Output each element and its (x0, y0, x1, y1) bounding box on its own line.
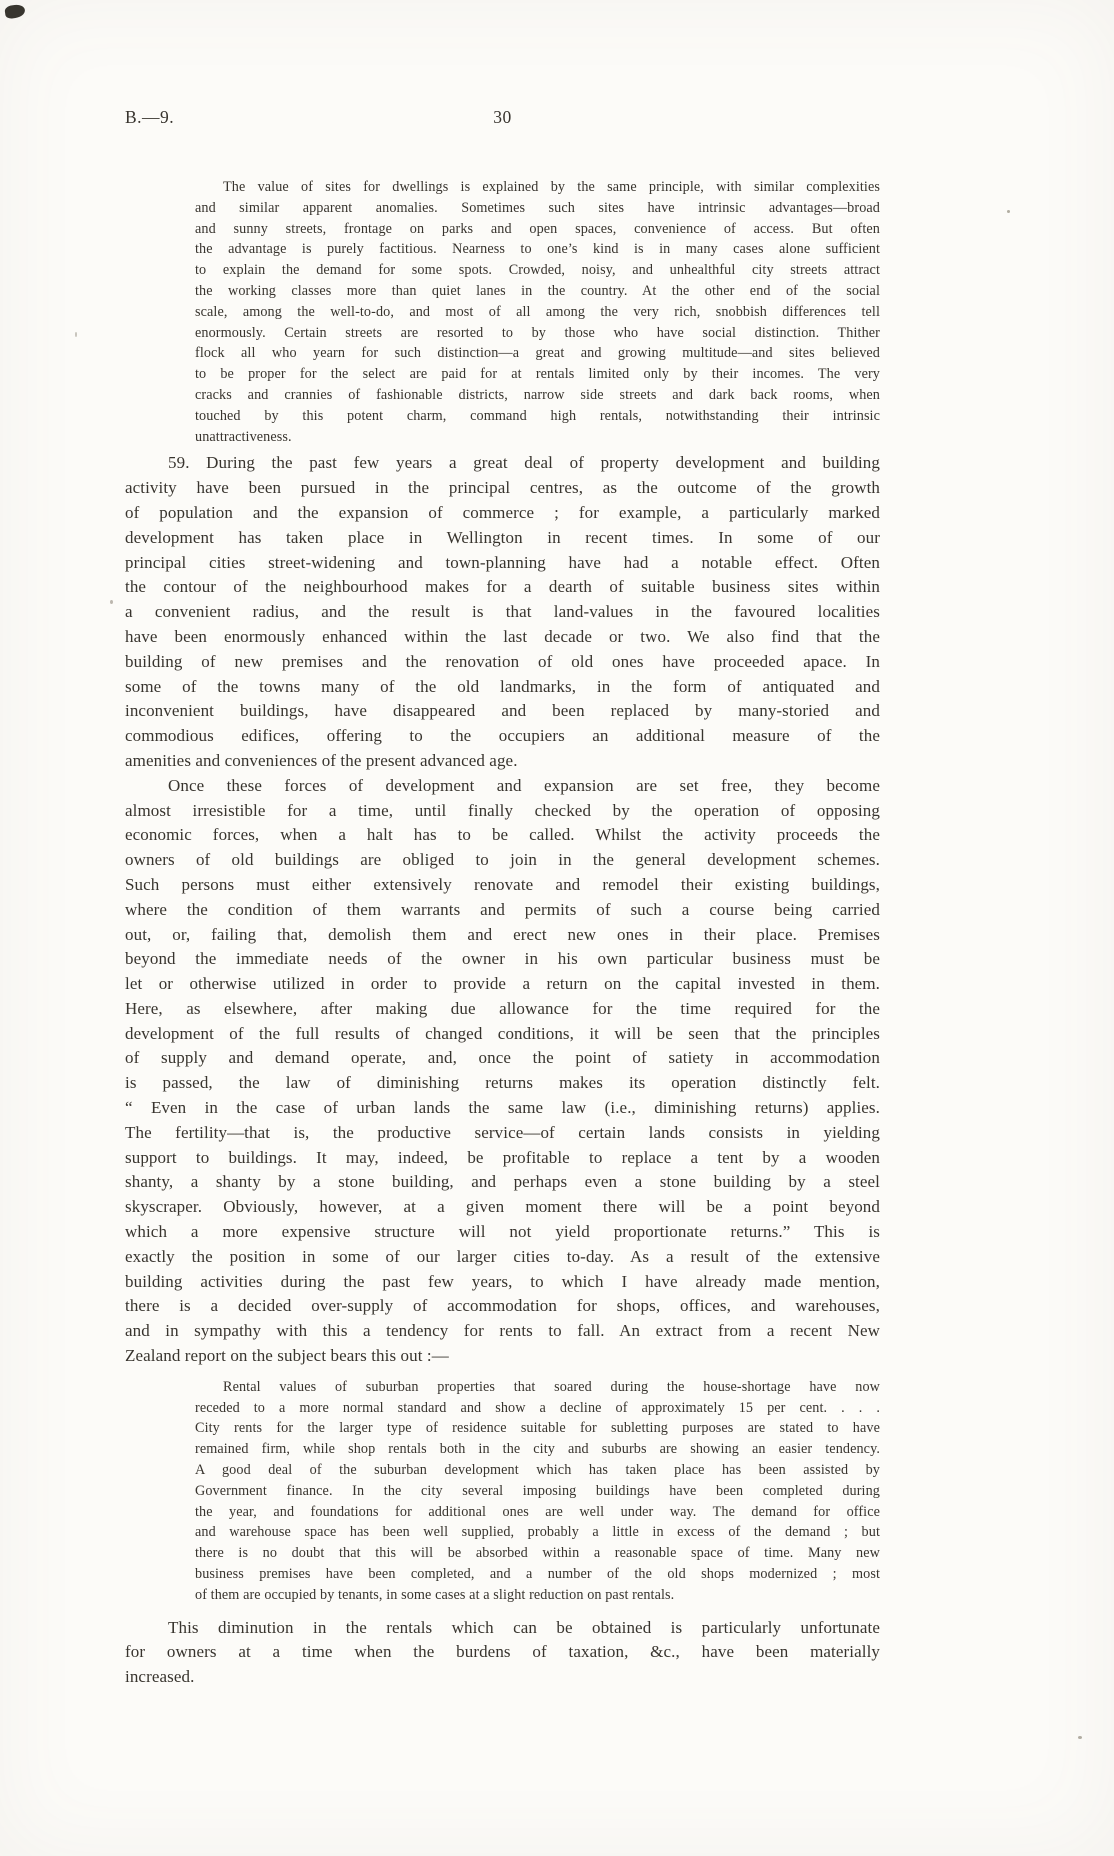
scan-speck (110, 600, 113, 604)
text-line: Such persons must either extensively ren… (125, 873, 880, 898)
report-code: B.—9. (125, 106, 174, 128)
text-line: development has taken place in Wellingto… (125, 526, 880, 551)
text-line: to be proper for the select are paid for… (195, 364, 880, 385)
text-line: A good deal of the suburban development … (195, 1460, 880, 1481)
text-line: have been enormously enhanced within the… (125, 625, 880, 650)
text-line: unattractiveness. (195, 427, 880, 448)
scan-speck (1007, 210, 1010, 213)
text-line: of them are occupied by tenants, in some… (195, 1585, 880, 1606)
text-line: development of the full results of chang… (125, 1022, 880, 1047)
scan-speck (75, 332, 77, 337)
text-line: of supply and demand operate, and, once … (125, 1046, 880, 1071)
text-line: there is no doubt that this will be abso… (195, 1543, 880, 1564)
text-line: which a more expensive structure will no… (125, 1220, 880, 1245)
text-line: This diminution in the rentals which can… (125, 1616, 880, 1641)
document-body: The value of sites for dwellings is expl… (125, 177, 880, 1690)
text-line: is passed, the law of diminishing return… (125, 1071, 880, 1096)
body-paragraph: Once these forces of development and exp… (125, 774, 880, 1369)
text-line: for owners at a time when the burdens of… (125, 1640, 880, 1665)
text-line: cracks and crannies of fashionable distr… (195, 385, 880, 406)
text-line: exactly the position in some of our larg… (125, 1245, 880, 1270)
text-line: let or otherwise utilized in order to pr… (125, 972, 880, 997)
text-line: building of new premises and the renovat… (125, 650, 880, 675)
text-line: skyscraper. Obviously, however, at a giv… (125, 1195, 880, 1220)
text-line: The value of sites for dwellings is expl… (195, 177, 880, 198)
text-line: scale, among the well-to-do, and most of… (195, 302, 880, 323)
text-line: remained firm, while shop rentals both i… (195, 1439, 880, 1460)
text-line: beyond the immediate needs of the owner … (125, 947, 880, 972)
text-line: activity have been pursued in the princi… (125, 476, 880, 501)
text-line: principal cities street-widening and tow… (125, 551, 880, 576)
text-line: and sunny streets, frontage on parks and… (195, 219, 880, 240)
text-line: The fertility—that is, the productive se… (125, 1121, 880, 1146)
text-line: out, or, failing that, demolish them and… (125, 923, 880, 948)
page-number: 30 (125, 106, 880, 128)
scan-artifact-corner-mark (4, 4, 26, 20)
text-line: economic forces, when a halt has to be c… (125, 823, 880, 848)
text-line: the advantage is purely factitious. Near… (195, 239, 880, 260)
text-line: a convenient radius, and the result is t… (125, 600, 880, 625)
text-line: owners of old buildings are obliged to j… (125, 848, 880, 873)
text-line: there is a decided over-supply of accomm… (125, 1294, 880, 1319)
text-line: amenities and conveniences of the presen… (125, 749, 880, 774)
text-line: enormously. Certain streets are resorted… (195, 323, 880, 344)
text-line: to explain the demand for some spots. Cr… (195, 260, 880, 281)
text-line: Here, as elsewhere, after making due all… (125, 997, 880, 1022)
text-line: increased. (125, 1665, 880, 1690)
text-line: business premises have been completed, a… (195, 1564, 880, 1585)
text-line: some of the towns many of the old landma… (125, 675, 880, 700)
scan-speck (1078, 1736, 1082, 1739)
text-line: and similar apparent anomalies. Sometime… (195, 198, 880, 219)
text-line: the contour of the neighbourhood makes f… (125, 575, 880, 600)
text-line: Zealand report on the subject bears this… (125, 1344, 880, 1369)
text-line: building activities during the past few … (125, 1270, 880, 1295)
text-line: 59. During the past few years a great de… (125, 451, 880, 476)
scanned-report-page: B.—9. 30 The value of sites for dwelling… (0, 0, 1114, 1856)
text-line: shanty, a shanty by a stone building, an… (125, 1170, 880, 1195)
extract-block: Rental values of suburban properties tha… (195, 1377, 880, 1606)
text-line: inconvenient buildings, have disappeared… (125, 699, 880, 724)
text-line: Government finance. In the city several … (195, 1481, 880, 1502)
text-line: receded to a more normal standard and sh… (195, 1398, 880, 1419)
text-line: Once these forces of development and exp… (125, 774, 880, 799)
text-line: the year, and foundations for additional… (195, 1502, 880, 1523)
text-line: commodious edifices, offering to the occ… (125, 724, 880, 749)
text-line: and warehouse space has been well suppli… (195, 1522, 880, 1543)
text-line: flock all who yearn for such distinction… (195, 343, 880, 364)
text-line: Rental values of suburban properties tha… (195, 1377, 880, 1398)
extract-block: The value of sites for dwellings is expl… (195, 177, 880, 447)
text-line: where the condition of them warrants and… (125, 898, 880, 923)
text-line: City rents for the larger type of reside… (195, 1418, 880, 1439)
body-paragraph: 59. During the past few years a great de… (125, 451, 880, 773)
text-line: the working classes more than quiet lane… (195, 281, 880, 302)
page-header: B.—9. 30 (125, 106, 880, 128)
body-paragraph: This diminution in the rentals which can… (125, 1616, 880, 1690)
text-line: almost irresistible for a time, until fi… (125, 799, 880, 824)
text-line: touched by this potent charm, command hi… (195, 406, 880, 427)
text-line: support to buildings. It may, indeed, be… (125, 1146, 880, 1171)
text-line: and in sympathy with this a tendency for… (125, 1319, 880, 1344)
text-line: “ Even in the case of urban lands the sa… (125, 1096, 880, 1121)
text-line: of population and the expansion of comme… (125, 501, 880, 526)
